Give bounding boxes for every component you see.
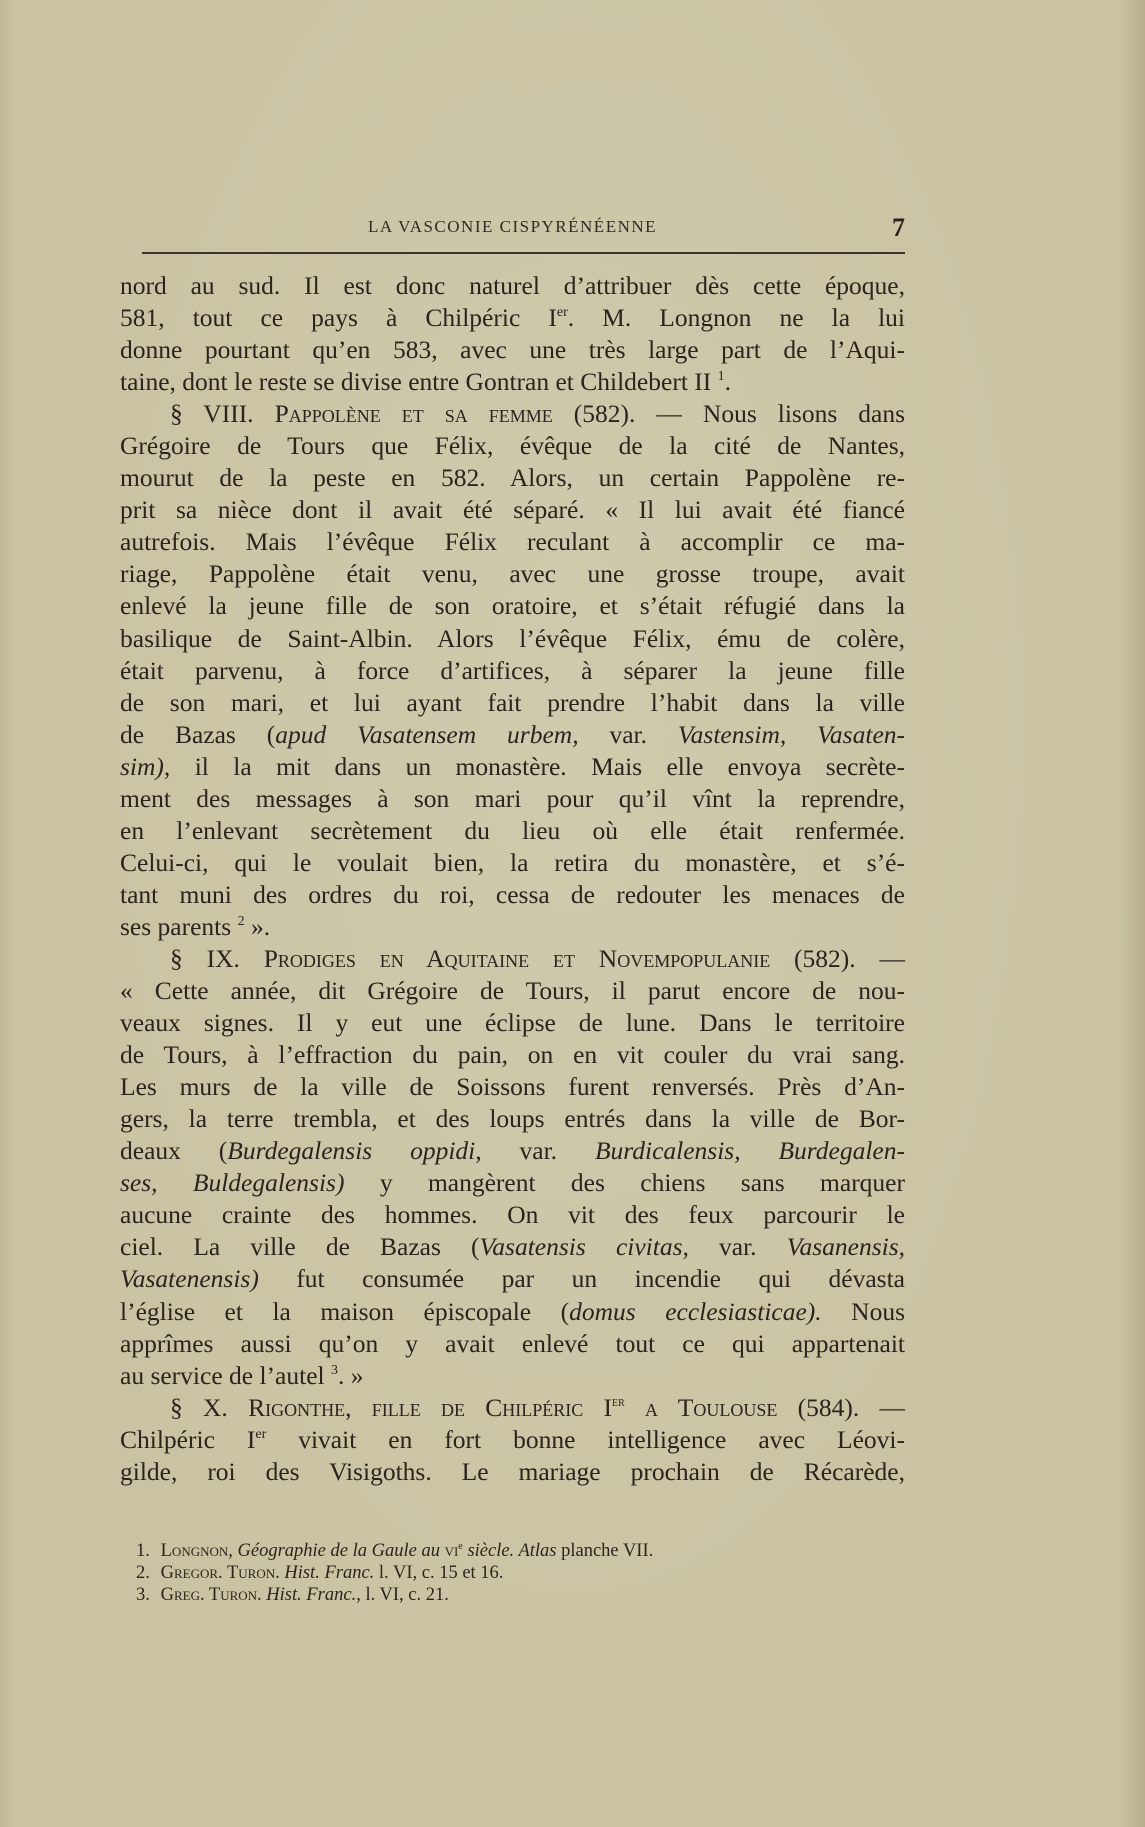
text-line: ses, Buldegalensis) y mangèrent des chie… [120, 1167, 905, 1199]
footnote-1: 1. Longnon, Géographie de la Gaule au vi… [136, 1540, 905, 1562]
text-line: apprîmes aussi qu’on y avait enlevé tout… [120, 1328, 905, 1360]
section-heading-x: § X. Rigonthe, fille de Chilpéric Ier a … [120, 1392, 905, 1424]
section-title: Rigonthe, fille de Chilpéric Ier a Toulo… [248, 1393, 777, 1422]
text-line: ciel. La ville de Bazas (Vasatensis civi… [120, 1231, 905, 1263]
section-title: Prodiges en Aquitaine et Novempopulanie [264, 944, 770, 973]
section-title: Pappolène et sa femme [275, 399, 553, 428]
header-rule [142, 252, 905, 254]
text-line: était parvenu, à force d’artifices, à sé… [120, 655, 905, 687]
footnote-ref-2[interactable]: 2 [238, 914, 245, 929]
text-line: Les murs de la ville de Soissons furent … [120, 1071, 905, 1103]
text-line: « Cette année, dit Grégoire de Tours, il… [120, 975, 905, 1007]
text-line: sim), il la mit dans un monastère. Mais … [120, 751, 905, 783]
footnote-ref-3[interactable]: 3 [331, 1363, 338, 1378]
text-line: nord au sud. Il est donc naturel d’attri… [120, 270, 905, 302]
superscript: er [557, 305, 568, 320]
text-line: mourut de la peste en 582. Alors, un cer… [120, 462, 905, 494]
text-line: en l’enlevant secrètement du lieu où ell… [120, 815, 905, 847]
text-line: de son mari, et lui ayant fait prendre l… [120, 687, 905, 719]
text-line: Chilpéric Ier vivait en fort bonne intel… [120, 1424, 905, 1456]
section-number: § VIII. [170, 399, 254, 428]
text-line: riage, Pappolène était venu, avec une gr… [120, 558, 905, 590]
page-number: 7 [892, 213, 905, 243]
running-header: LA VASCONIE CISPYRÉNÉENNE 7 [120, 213, 905, 243]
text-line: l’église et la maison épiscopale (domus … [120, 1296, 905, 1328]
text-line: basilique de Saint-Albin. Alors l’évêque… [120, 623, 905, 655]
text-line: taine, dont le reste se divise entre Gon… [120, 366, 905, 398]
text-line: tant muni des ordres du roi, cessa de re… [120, 879, 905, 911]
text-line: autrefois. Mais l’évêque Félix reculant … [120, 526, 905, 558]
body-text: nord au sud. Il est donc naturel d’attri… [120, 270, 905, 1488]
text-line: prit sa nièce dont il avait été séparé. … [120, 494, 905, 526]
text-line: aucune crainte des hommes. On vit des fe… [120, 1199, 905, 1231]
section-heading-viii: § VIII. Pappolène et sa femme (582). — N… [120, 398, 905, 430]
text-line: deaux (Burdegalensis oppidi, var. Burdic… [120, 1135, 905, 1167]
text-line: veaux signes. Il y eut une éclipse de lu… [120, 1007, 905, 1039]
text-line: de Bazas (apud Vasatensem urbem, var. Va… [120, 719, 905, 751]
footnote-ref-1[interactable]: 1 [718, 369, 725, 384]
running-title: LA VASCONIE CISPYRÉNÉENNE [120, 217, 905, 237]
footnote-3: 3. Greg. Turon. Hist. Franc., l. VI, c. … [136, 1584, 905, 1606]
footnote-2: 2. Gregor. Turon. Hist. Franc. l. VI, c.… [136, 1562, 905, 1584]
text-line: Celui-ci, qui le voulait bien, la retira… [120, 847, 905, 879]
text-line: gilde, roi des Visigoths. Le mariage pro… [120, 1456, 905, 1488]
text-line: 581, tout ce pays à Chilpéric Ier. M. Lo… [120, 302, 905, 334]
text-line: ment des messages à son mari pour qu’il … [120, 783, 905, 815]
section-number: § IX. [170, 944, 240, 973]
text-line: gers, la terre trembla, et des loups ent… [120, 1103, 905, 1135]
text-line: ses parents 2 ». [120, 911, 905, 943]
section-number: § X. [170, 1393, 228, 1422]
section-heading-ix: § IX. Prodiges en Aquitaine et Novempopu… [120, 943, 905, 975]
text-line: de Tours, à l’effraction du pain, on en … [120, 1039, 905, 1071]
text-line: donne pourtant qu’en 583, avec une très … [120, 334, 905, 366]
text-line: au service de l’autel 3. » [120, 1360, 905, 1392]
text-line: Vasatenensis) fut consumée par un incend… [120, 1263, 905, 1295]
text-line: enlevé la jeune fille de son oratoire, e… [120, 590, 905, 622]
text-line: Grégoire de Tours que Félix, évêque de l… [120, 430, 905, 462]
footnotes: 1. Longnon, Géographie de la Gaule au vi… [136, 1540, 905, 1606]
